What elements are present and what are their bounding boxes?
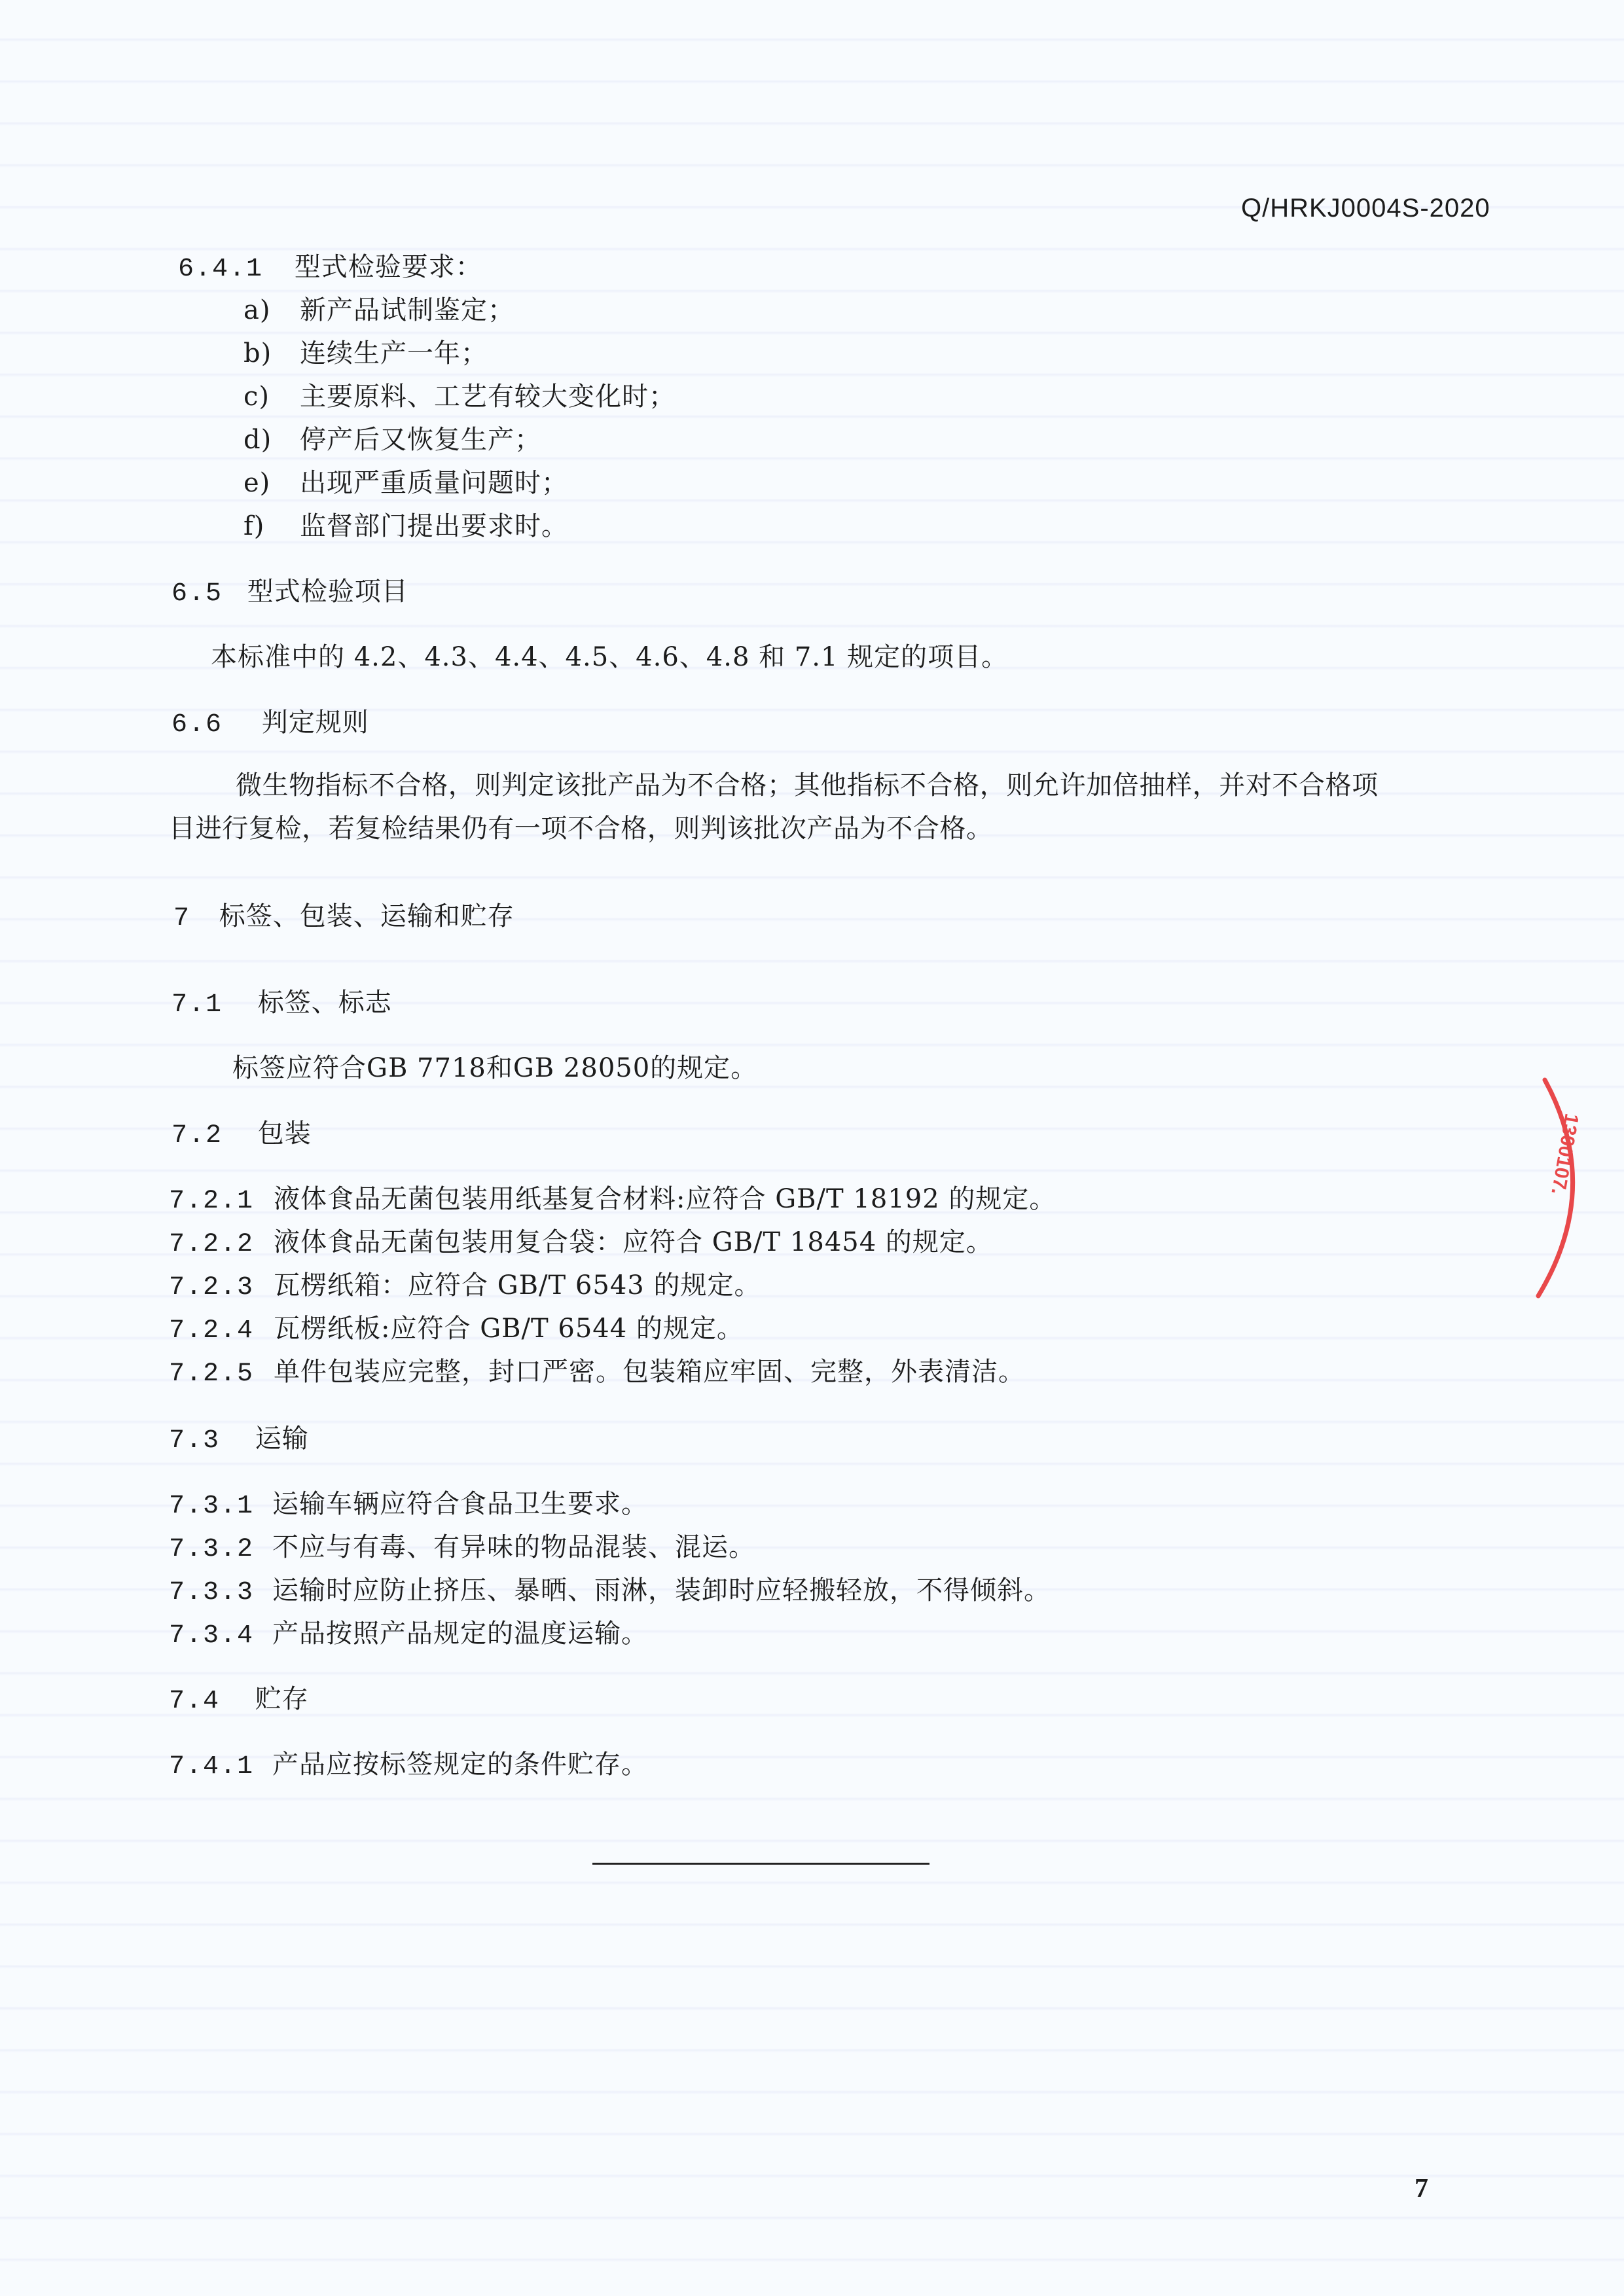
list-item: 7.3.3运输时应防止挤压、暴晒、雨淋，装卸时应轻搬轻放，不得倾斜。 (169, 1575, 1051, 1609)
document-code: Q/HRKJ0004S-2020 (1241, 194, 1490, 223)
section-7-3-heading: 7.3 运输 (169, 1423, 309, 1457)
list-item: d)停产后又恢复生产； (244, 424, 541, 456)
section-7-2-heading: 7.2 包装 (171, 1118, 312, 1152)
section-7-1-heading: 7.1 标签、标志 (171, 987, 392, 1021)
section-6-6-body-line-1: 微生物指标不合格，则判定该批产品为不合格；其他指标不合格，则允许加倍抽样，并对不… (236, 770, 1379, 801)
list-item: f)监督部门提出要求时。 (244, 511, 568, 542)
section-7-1-body: 标签应符合GB 7718和GB 28050的规定。 (232, 1052, 757, 1084)
document-page: Q/HRKJ0004S-2020 6.4.1 型式检验要求： a)新产品试制鉴定… (0, 0, 1624, 2296)
list-item: 7.4.1产品应按标签规定的条件贮存。 (169, 1749, 648, 1783)
list-item: 7.3.2不应与有毒、有异味的物品混装、混运。 (169, 1532, 755, 1566)
list-item: b)连续生产一年； (244, 338, 488, 369)
end-of-standard-rule (592, 1863, 929, 1865)
list-item: 7.2.1液体食品无菌包装用纸基复合材料:应符合 GB/T 18192 的规定。 (169, 1183, 1056, 1217)
list-item: e)出现严重质量问题时； (244, 467, 568, 499)
list-item: 7.2.5单件包装应完整，封口严密。包装箱应牢固、完整，外表清洁。 (169, 1356, 1025, 1390)
chapter-7-heading: 7 标签、包装、运输和贮存 (173, 901, 514, 935)
section-6-6-heading: 6.6 判定规则 (171, 707, 369, 741)
section-6-5-body: 本标准中的 4.2、4.3、4.4、4.5、4.6、4.8 和 7.1 规定的项… (211, 641, 1008, 673)
list-item: 7.2.3瓦楞纸箱：应符合 GB/T 6543 的规定。 (169, 1270, 761, 1304)
list-item: 7.3.1运输车辆应符合食品卫生要求。 (169, 1488, 648, 1522)
stamp-text: 1300107. (1547, 1112, 1582, 1196)
list-item: 7.2.2液体食品无菌包装用复合袋：应符合 GB/T 18454 的规定。 (169, 1227, 993, 1261)
list-item: c)主要原料、工艺有较大变化时； (244, 381, 676, 412)
red-seal-stamp-fragment: 1300107. (1525, 1073, 1610, 1302)
section-6-4-1-heading: 6.4.1 型式检验要求： (178, 251, 482, 285)
section-6-6-body-line-2: 目进行复检，若复检结果仍有一项不合格，则判该批次产品为不合格。 (169, 813, 993, 844)
list-item: a)新产品试制鉴定； (244, 295, 514, 326)
section-7-4-heading: 7.4 贮存 (169, 1683, 309, 1717)
list-item: 7.3.4产品按照产品规定的温度运输。 (169, 1618, 648, 1652)
section-6-5-heading: 6.5 型式检验项目 (171, 576, 408, 610)
page-number: 7 (1415, 2173, 1428, 2204)
list-item: 7.2.4瓦楞纸板:应符合 GB/T 6544 的规定。 (169, 1313, 744, 1347)
